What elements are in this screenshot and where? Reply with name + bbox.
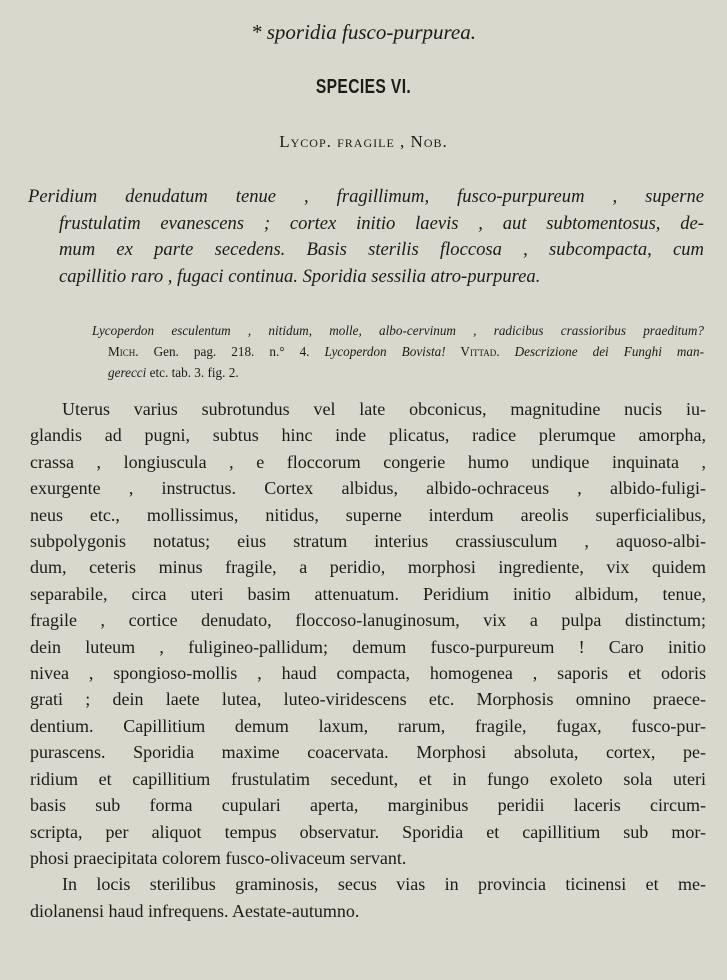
synonymy-line: gerecci etc. tab. 3. fig. 2.: [92, 362, 704, 383]
synonymy-line: Lycoperdon esculentum , nitidum, molle, …: [92, 320, 704, 341]
body-line: dein luteum , fuligineo-pallidum; demum …: [30, 634, 706, 660]
body-line: dum, ceteris minus fragile, a peridio, m…: [30, 554, 706, 580]
body-line: separabile, circa uteri basim attenuatum…: [30, 581, 706, 607]
species-heading: SPECIES VI.: [80, 76, 647, 99]
diagnosis-line: capillitio raro , fugaci continua. Spori…: [28, 264, 704, 291]
author-mich: Mich.: [108, 344, 139, 359]
body-line: Uterus varius subrotundus vel late obcon…: [30, 396, 706, 422]
body-line: fragile , cortice denudato, floccoso-lan…: [30, 607, 706, 633]
diagnosis-line: mum ex parte secedens. Basis sterilis fl…: [28, 237, 704, 264]
synonymy-line: Mich. Gen. pag. 218. n.° 4. Lycoperdon B…: [92, 341, 704, 362]
diagnosis-line: Peridium denudatum tenue , fragillimum, …: [28, 184, 704, 211]
description-paragraph: Uterus varius subrotundus vel late obcon…: [30, 396, 706, 924]
habitat-line: diolanensi haud infrequens. Aestate-autu…: [30, 898, 706, 924]
diagnosis-paragraph: Peridium denudatum tenue , fragillimum, …: [28, 184, 704, 290]
body-line: crassa , longiuscula , e floccorum conge…: [30, 449, 706, 475]
body-line: grati ; dein laete lutea, luteo-viridesc…: [30, 686, 706, 712]
diagnosis-line: frustulatim evanescens ; cortex initio l…: [28, 211, 704, 238]
synonymy-citation: Lycoperdon esculentum , nitidum, molle, …: [92, 320, 704, 383]
book-page: * sporidia fusco-purpurea. SPECIES VI. L…: [0, 0, 727, 980]
work-title-cont: gerecci: [108, 365, 146, 380]
plate-ref: etc. tab. 3. fig. 2.: [146, 365, 238, 380]
body-line: dentium. Capillitium demum laxum, rarum,…: [30, 713, 706, 739]
body-line: basis sub forma cupulari aperta, margini…: [30, 792, 706, 818]
work-title: Descrizione dei Funghi man-: [500, 344, 704, 359]
body-line: ridium et capillitium frustulatim secedu…: [30, 766, 706, 792]
body-line: neus etc., mollissimus, nitidus, superne…: [30, 502, 706, 528]
body-line: glandis ad pugni, subtus hinc inde plica…: [30, 422, 706, 448]
body-line: nivea , spongioso-mollis , haud compacta…: [30, 660, 706, 686]
author-vittad: Vittad.: [446, 344, 500, 359]
body-line: purascens. Sporidia maxime coacervata. M…: [30, 739, 706, 765]
body-line: subpolygonis notatus; eius stratum inter…: [30, 528, 706, 554]
synonym-name: Lycoperdon Bovista!: [325, 344, 446, 359]
citation-ref: Gen. pag. 218. n.° 4.: [139, 344, 325, 359]
section-heading: * sporidia fusco-purpurea.: [0, 20, 727, 45]
habitat-line: In locis sterilibus graminosis, secus vi…: [30, 871, 706, 897]
body-line: scripta, per aliquot tempus observatur. …: [30, 819, 706, 845]
body-line: exurgente , instructus. Cortex albidus, …: [30, 475, 706, 501]
species-name: Lycop. fragile , Nob.: [0, 132, 727, 152]
body-line: phosi praecipitata colorem fusco-olivace…: [30, 845, 706, 871]
